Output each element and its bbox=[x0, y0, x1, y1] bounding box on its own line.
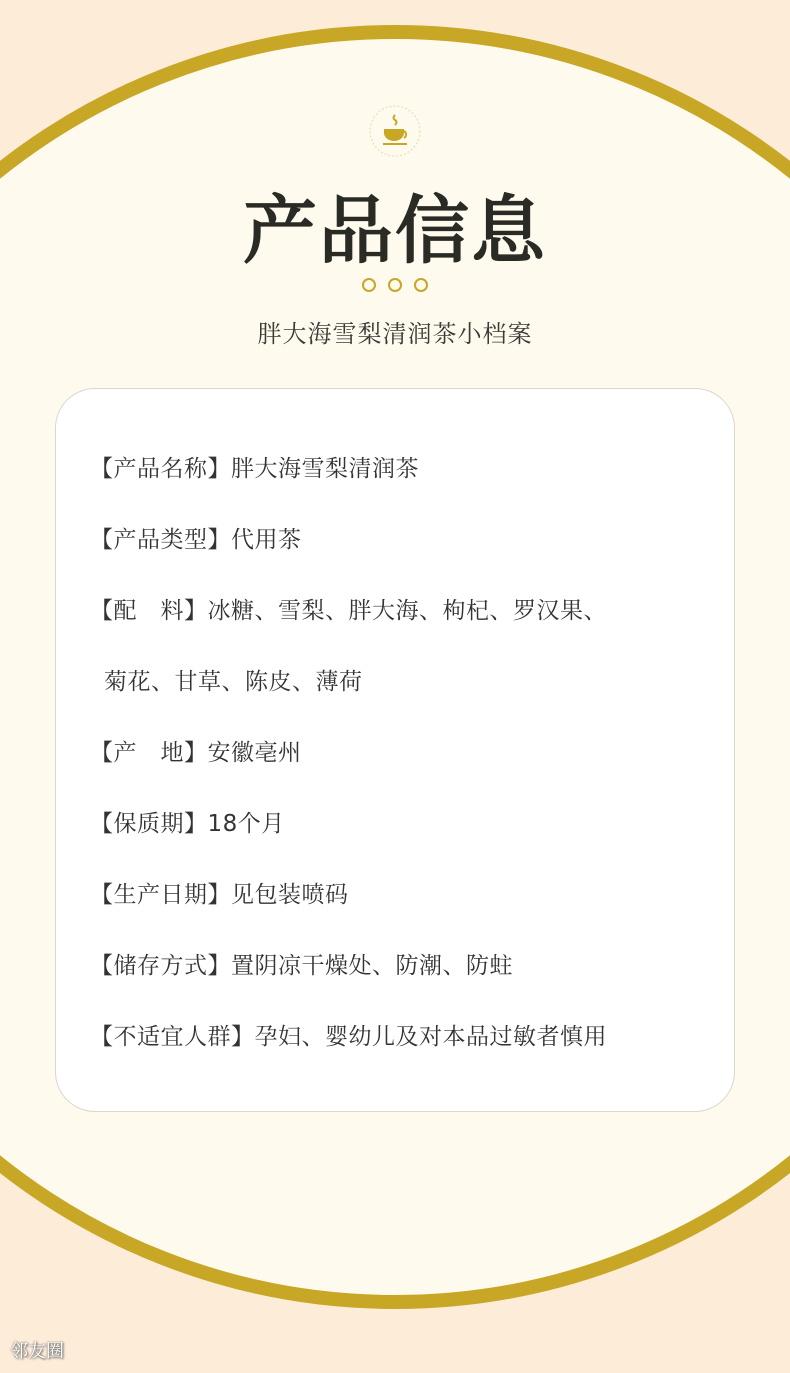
row-value: 孕妇、婴幼儿及对本品过敏者慎用 bbox=[255, 1024, 608, 1050]
info-row-production-date: 【生产日期】见包装喷码 bbox=[96, 876, 349, 909]
info-row-ingredients: 【配 料】冰糖、雪梨、胖大海、枸杞、罗汉果、 bbox=[96, 592, 607, 625]
row-value: 见包装喷码 bbox=[231, 882, 349, 908]
row-label: 【产品名称】 bbox=[90, 456, 231, 482]
info-row-shelf-life: 【保质期】18个月 bbox=[96, 805, 285, 838]
dot-icon bbox=[388, 278, 402, 292]
tea-cup-icon bbox=[367, 103, 423, 159]
info-row-product-type: 【产品类型】代用茶 bbox=[96, 521, 302, 554]
page-subtitle: 胖大海雪梨清润茶小档案 bbox=[0, 314, 790, 349]
dot-icon bbox=[362, 278, 376, 292]
page-title: 产品信息 bbox=[0, 172, 790, 278]
row-label: 【保质期】 bbox=[90, 811, 208, 837]
row-value: 安徽亳州 bbox=[208, 740, 302, 766]
dot-icon bbox=[414, 278, 428, 292]
row-label: 【储存方式】 bbox=[90, 953, 231, 979]
info-row-ingredients-continued: 菊花、甘草、陈皮、薄荷 bbox=[104, 663, 363, 696]
row-label: 【配 料】 bbox=[90, 598, 208, 624]
info-row-origin: 【产 地】安徽亳州 bbox=[96, 734, 302, 767]
row-value: 置阴凉干燥处、防潮、防蛀 bbox=[231, 953, 513, 979]
row-value: 菊花、甘草、陈皮、薄荷 bbox=[104, 669, 363, 695]
row-value: 代用茶 bbox=[231, 527, 302, 553]
row-value: 18个月 bbox=[208, 811, 285, 837]
info-row-storage: 【储存方式】置阴凉干燥处、防潮、防蛀 bbox=[96, 947, 513, 980]
row-label: 【产 地】 bbox=[90, 740, 208, 766]
row-label: 【生产日期】 bbox=[90, 882, 231, 908]
row-value: 冰糖、雪梨、胖大海、枸杞、罗汉果、 bbox=[208, 598, 608, 624]
watermark: 邻友圈 bbox=[10, 1337, 64, 1363]
row-label: 【产品类型】 bbox=[90, 527, 231, 553]
decorative-dots bbox=[0, 278, 790, 292]
info-row-product-name: 【产品名称】胖大海雪梨清润茶 bbox=[96, 450, 419, 483]
info-row-unsuitable-groups: 【不适宜人群】孕妇、婴幼儿及对本品过敏者慎用 bbox=[96, 1018, 607, 1051]
row-value: 胖大海雪梨清润茶 bbox=[231, 456, 419, 482]
row-label: 【不适宜人群】 bbox=[90, 1024, 255, 1050]
